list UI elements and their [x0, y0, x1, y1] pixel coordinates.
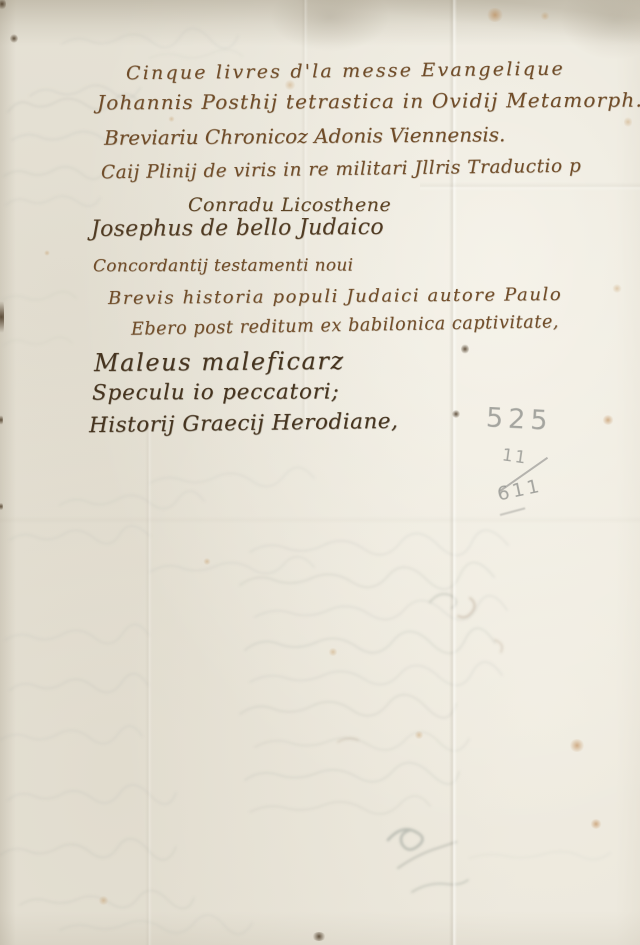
manuscript-page: Cinque livres d'la messe Evangelique Joh…	[0, 0, 640, 945]
pencil-annotation: 525 11 611	[0, 0, 640, 945]
pencil-number-bottom: 611	[495, 475, 544, 506]
pencil-number-middle: 11	[501, 445, 529, 468]
pencil-dash-stroke	[500, 507, 526, 516]
pencil-number-top: 525	[485, 402, 553, 436]
